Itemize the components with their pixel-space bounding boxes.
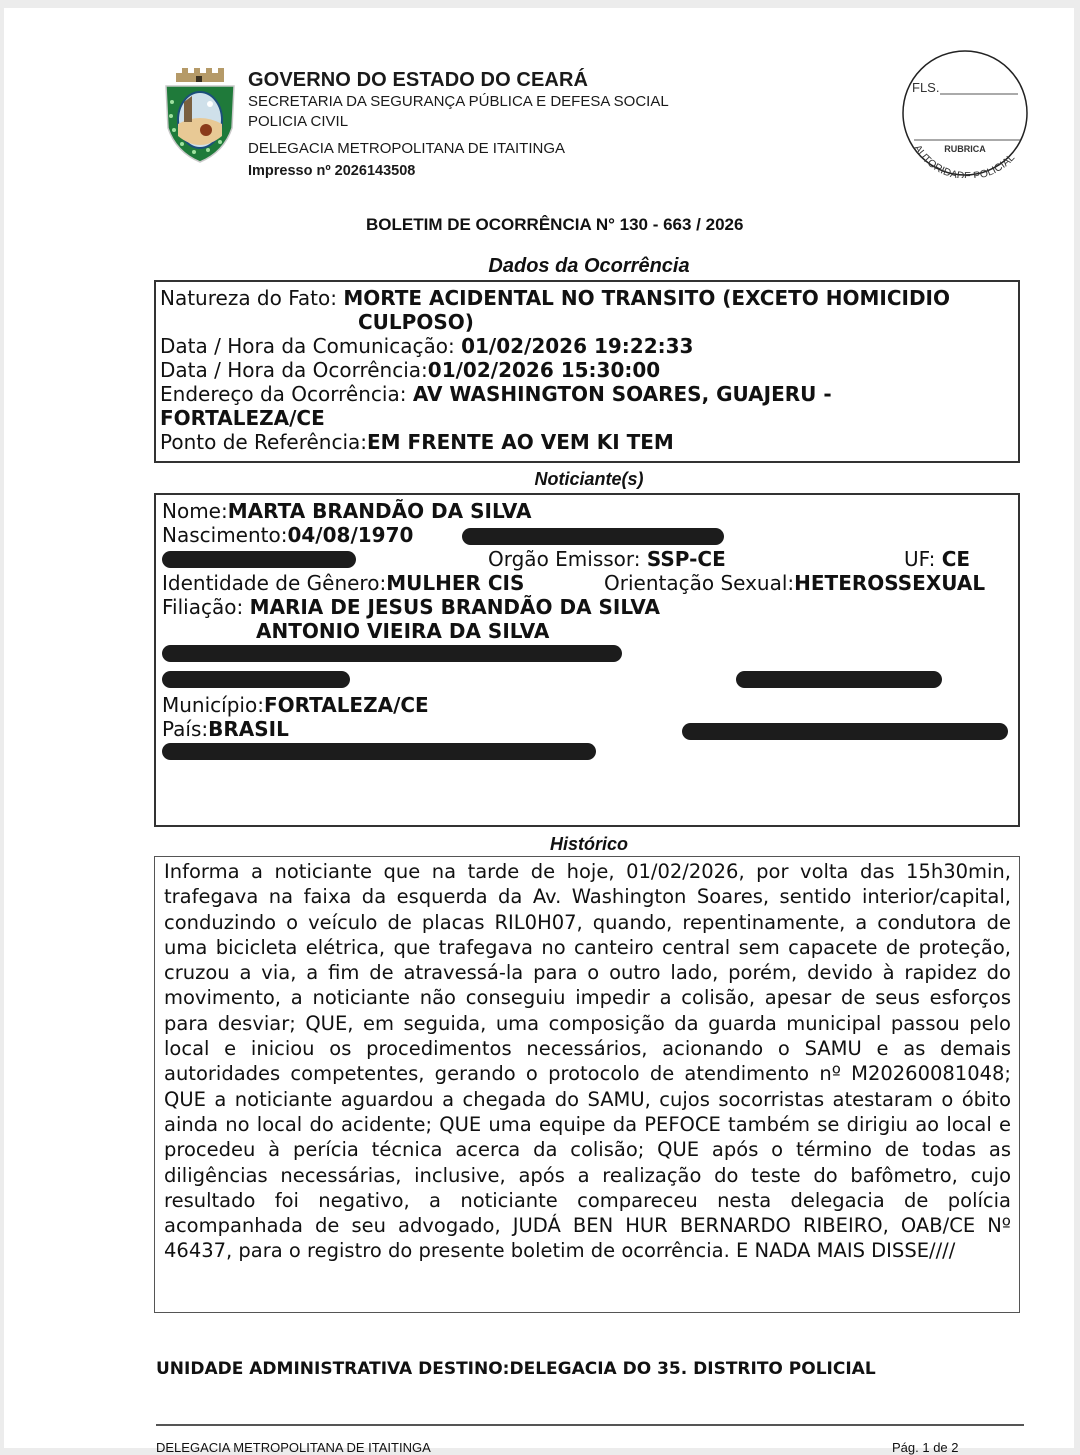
police-name: POLICIA CIVIL	[248, 112, 669, 132]
document-page: GOVERNO DO ESTADO DO CEARÁ SECRETARIA DA…	[4, 8, 1074, 1440]
communication-value: 01/02/2026 19:22:33	[461, 334, 693, 358]
issuer-value: SSP-CE	[647, 547, 726, 571]
printed-number: Impresso nº 2026143508	[248, 163, 669, 179]
destination-label: UNIDADE ADMINISTRATIVA DESTINO:	[156, 1359, 509, 1379]
uf-label: UF:	[904, 547, 935, 571]
history-text: Informa a noticiante que na tarde de hoj…	[155, 857, 1019, 1264]
orientation-value: HETEROSSEXUAL	[794, 571, 985, 595]
secretariat-name: SECRETARIA DA SEGURANÇA PÚBLICA E DEFESA…	[248, 92, 669, 112]
redaction-bar	[162, 671, 350, 688]
svg-text:RUBRICA: RUBRICA	[944, 144, 986, 154]
history-box: Informa a noticiante que na tarde de hoj…	[154, 856, 1020, 1313]
orientation-label: Orientação Sexual:	[604, 571, 794, 595]
nature-value: MORTE ACIDENTAL NO TRANSITO (EXCETO HOMI…	[343, 286, 950, 310]
filiation-value-2: ANTONIO VIEIRA DA SILVA	[256, 619, 549, 643]
redaction-bar	[162, 551, 356, 568]
birth-label: Nascimento:	[162, 523, 287, 547]
filiation-label: Filiação:	[162, 595, 243, 619]
redaction-bar	[736, 671, 942, 688]
occurrence-section-title: Dados da Ocorrência	[154, 255, 1024, 278]
authority-stamp-icon: FLS. RUBRICA AUTORIDADE POLICIAL	[900, 48, 1030, 178]
redaction-bar	[462, 528, 724, 545]
destination-unit: UNIDADE ADMINISTRATIVA DESTINO:DELEGACIA…	[156, 1359, 876, 1379]
reference-value: EM FRENTE AO VEM KI TEM	[367, 430, 674, 454]
reference-label: Ponto de Referência:	[160, 430, 367, 454]
country-value: BRASIL	[208, 717, 289, 741]
nature-label: Natureza do Fato:	[160, 286, 337, 310]
header-block: GOVERNO DO ESTADO DO CEARÁ SECRETARIA DA…	[248, 68, 669, 179]
occurrence-datetime-value: 01/02/2026 15:30:00	[428, 358, 660, 382]
uf-value: CE	[942, 547, 970, 571]
occurrence-box: Natureza do Fato: MORTE ACIDENTAL NO TRA…	[154, 280, 1020, 463]
svg-text:FLS.: FLS.	[912, 80, 939, 95]
footer-divider	[156, 1424, 1024, 1426]
address-value: AV WASHINGTON SOARES, GUAJERU -	[413, 382, 832, 406]
gender-value: MULHER CIS	[386, 571, 524, 595]
name-value: MARTA BRANDÃO DA SILVA	[228, 499, 532, 523]
redaction-bar	[162, 645, 622, 662]
filiation-value-1: MARIA DE JESUS BRANDÃO DA SILVA	[250, 595, 660, 619]
reporter-box: Nome:MARTA BRANDÃO DA SILVA Nascimento:0…	[154, 493, 1020, 827]
country-label: País:	[162, 717, 208, 741]
reporter-section-title: Noticiante(s)	[154, 469, 1024, 490]
government-title: GOVERNO DO ESTADO DO CEARÁ	[248, 68, 669, 92]
nature-value-cont: CULPOSO)	[358, 310, 474, 334]
city-value: FORTALEZA/CE	[264, 693, 429, 717]
ceara-coat-of-arms-icon	[162, 66, 238, 166]
destination-value: DELEGACIA DO 35. DISTRITO POLICIAL	[509, 1359, 875, 1379]
redaction-bar	[162, 743, 596, 760]
communication-label: Data / Hora da Comunicação:	[160, 334, 455, 358]
issuer-label: Orgão Emissor:	[488, 547, 641, 571]
gender-label: Identidade de Gênero:	[162, 571, 386, 595]
birth-value: 04/08/1970	[287, 523, 413, 547]
city-label: Município:	[162, 693, 264, 717]
address-label: Endereço da Ocorrência:	[160, 382, 406, 406]
occurrence-datetime-label: Data / Hora da Ocorrência:	[160, 358, 428, 382]
history-section-title: Histórico	[154, 834, 1024, 855]
redaction-bar	[682, 723, 1008, 740]
station-name: DELEGACIA METROPOLITANA DE ITAITINGA	[248, 139, 669, 159]
name-label: Nome:	[162, 499, 228, 523]
address-value-cont: FORTALEZA/CE	[160, 406, 325, 430]
